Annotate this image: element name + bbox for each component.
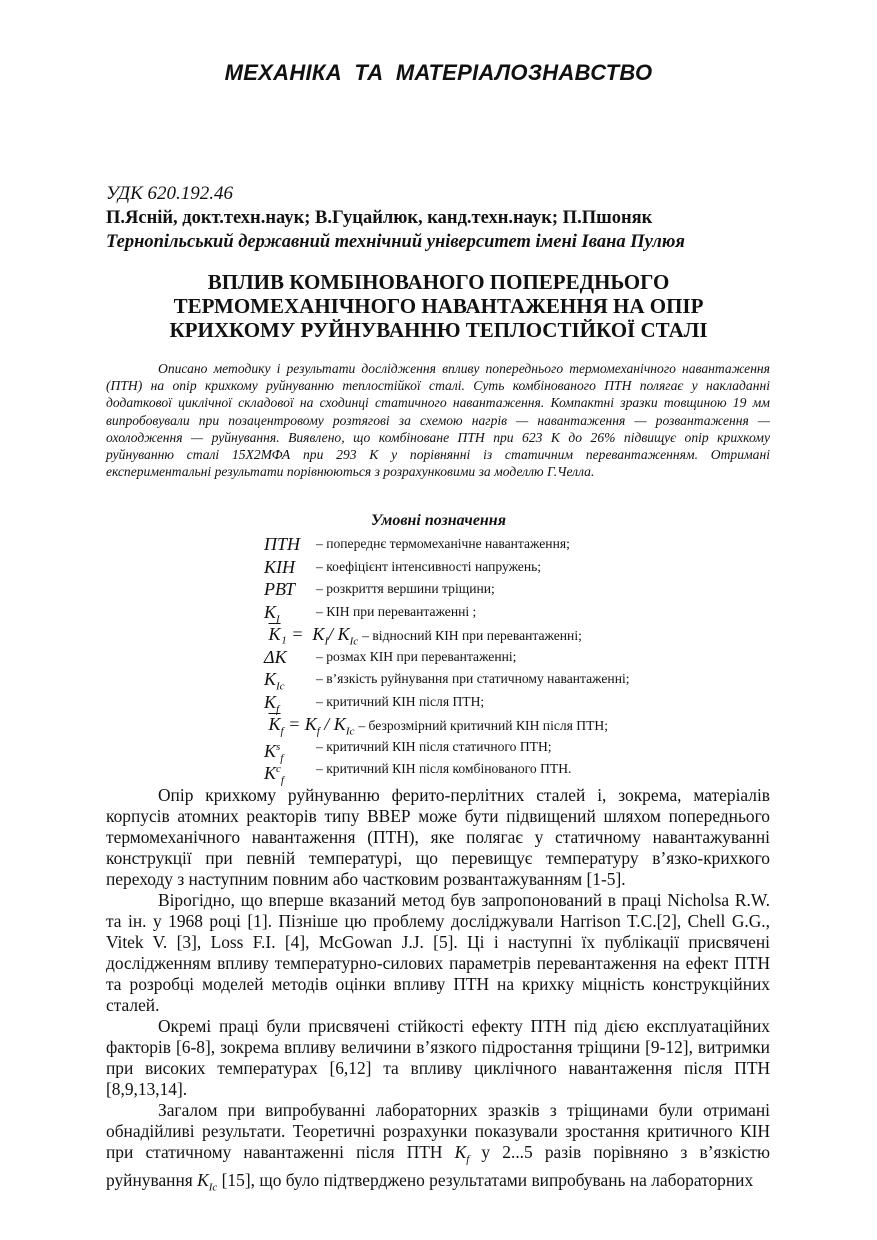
notation-list: ПТН – попереднє термомеханічне навантаже…	[264, 533, 784, 781]
notation-item: K₁ = KI/ KIc – відносний КІН при переван…	[264, 623, 784, 646]
authors: П.Ясній, докт.техн.наук; В.Гуцайлюк, кан…	[106, 206, 786, 230]
notation-symbol: ΔK	[264, 646, 287, 669]
notation-symbol: Kf = Kf / KIc	[264, 714, 354, 734]
notation-item: Kf = Kf / KIc – безрозмірний критичний К…	[264, 713, 784, 736]
paragraph: Окремі праці були присвячені стійкості е…	[106, 1016, 770, 1100]
notation-symbol: ПТН	[264, 533, 300, 556]
udk-code: УДК 620.192.46	[106, 182, 786, 206]
paragraph: Опір крихкому руйнуванню ферито-перлітни…	[106, 785, 770, 890]
notation-item: РВТ – розкриття вершини тріщини;	[264, 578, 784, 601]
notation-item: KI – КІН при перевантаженні ;	[264, 601, 784, 624]
notation-item: ΔK – розмах КІН при перевантаженні;	[264, 646, 784, 669]
notation-definition: – коефіцієнт інтенсивності напружень;	[316, 556, 541, 579]
notation-definition: – безрозмірний критичний КІН після ПТН;	[358, 718, 608, 733]
article-meta: УДК 620.192.46 П.Ясній, докт.техн.наук; …	[106, 182, 786, 254]
notation-item: Kf – критичний КІН після ПТН;	[264, 691, 784, 714]
notation-item: Kcf – критичний КІН після комбінованого …	[264, 758, 784, 781]
title-line: КРИХКОМУ РУЙНУВАННЮ ТЕПЛОСТІЙКОЇ СТАЛІ	[0, 318, 877, 342]
notation-definition: – критичний КІН після комбінованого ПТН.	[316, 758, 571, 781]
title-line: ВПЛИВ КОМБІНОВАНОГО ПОПЕРЕДНЬОГО	[0, 270, 877, 294]
title-line: ТЕРМОМЕХАНІЧНОГО НАВАНТАЖЕННЯ НА ОПІР	[0, 294, 877, 318]
notation-definition: – КІН при перевантаженні ;	[316, 601, 476, 624]
journal-section-header: МЕХАНІКА ТА МАТЕРІАЛОЗНАВСТВО	[0, 60, 877, 86]
notation-symbol: K₁ = KI/ KIc	[264, 624, 358, 644]
notation-symbol: КІН	[264, 556, 295, 579]
paragraph: Вірогідно, що вперше вказаний метод був …	[106, 890, 770, 1016]
body-text: Опір крихкому руйнуванню ферито-перлітни…	[106, 785, 770, 1199]
notation-definition: – критичний КІН після ПТН;	[316, 691, 484, 714]
notation-heading: Умовні позначення	[0, 512, 877, 530]
notation-definition: – в’язкість руйнування при статичному на…	[316, 668, 630, 691]
affiliation: Тернопільський державний технічний уніве…	[106, 230, 786, 254]
abstract: Описано методику і результати дослідженн…	[106, 360, 770, 480]
notation-item: КІН – коефіцієнт інтенсивності напружень…	[264, 556, 784, 579]
notation-symbol: РВТ	[264, 578, 295, 601]
notation-item: KIc – в’язкість руйнування при статичном…	[264, 668, 784, 691]
paragraph: Загалом при випробуванні лабораторних зр…	[106, 1100, 770, 1199]
notation-definition: – розкриття вершини тріщини;	[316, 578, 495, 601]
notation-definition: – розмах КІН при перевантаженні;	[316, 646, 516, 669]
article-title: ВПЛИВ КОМБІНОВАНОГО ПОПЕРЕДНЬОГО ТЕРМОМЕ…	[0, 270, 877, 342]
notation-item: Ksf – критичний КІН після статичного ПТН…	[264, 736, 784, 759]
notation-item: ПТН – попереднє термомеханічне навантаже…	[264, 533, 784, 556]
notation-definition: – критичний КІН після статичного ПТН;	[316, 736, 552, 759]
notation-definition: – відносний КІН при перевантаженні;	[362, 628, 582, 643]
notation-definition: – попереднє термомеханічне навантаження;	[316, 533, 570, 556]
